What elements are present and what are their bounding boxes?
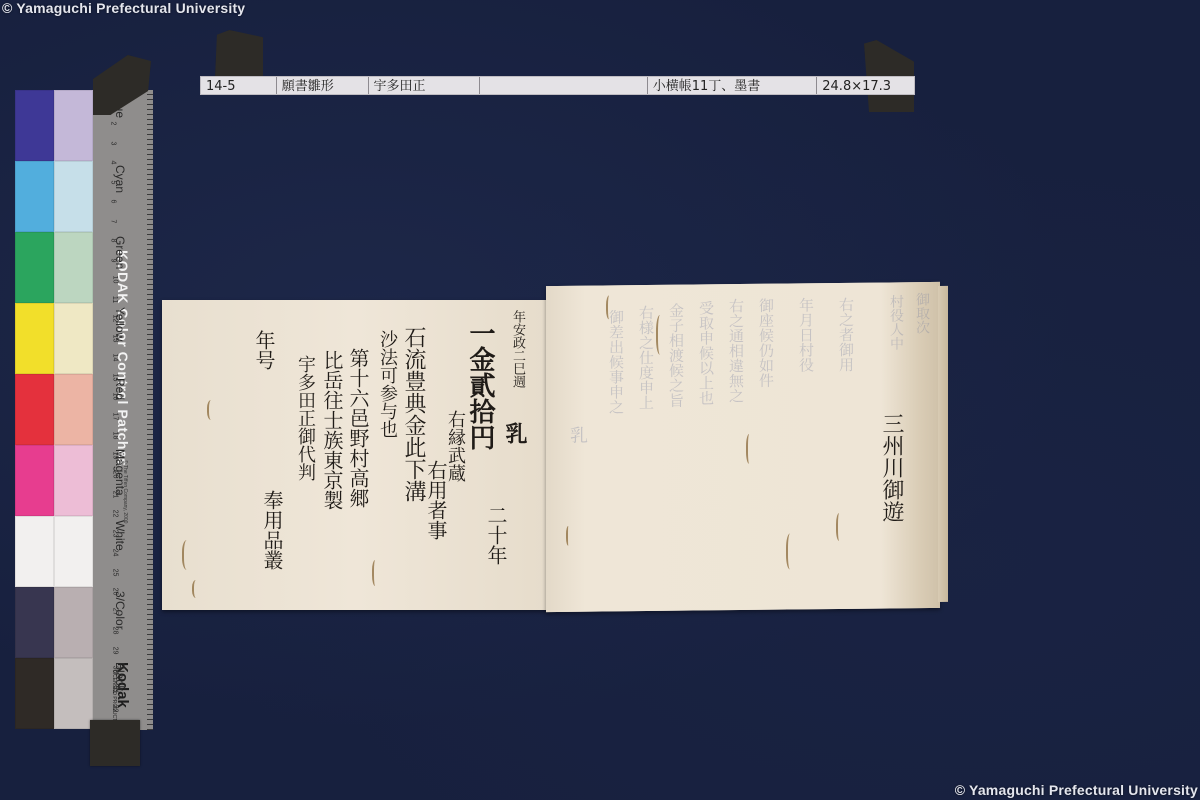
color-patch (54, 232, 93, 303)
patch-label: Red (113, 378, 127, 400)
kodak-ruler: 2345678910111213141516171819202122232425… (93, 90, 153, 730)
bleed-through-text: 受取申候以上也 (696, 300, 717, 405)
label-cell (480, 77, 648, 94)
card-title: KODAK Color Control Patches (115, 250, 131, 467)
color-patch (15, 587, 54, 658)
color-patch (15, 374, 54, 445)
handwritten-column: 沙法可参与也 (374, 330, 400, 438)
patch-label: White (113, 520, 127, 551)
cm-tick-label: 29 (111, 646, 118, 654)
color-patch (15, 161, 54, 232)
label-cell: 24.8×17.3 (817, 77, 914, 94)
tape-ruler-bottom (90, 720, 140, 766)
label-cell: 小横帳11丁、墨書 (648, 77, 818, 94)
color-patch (54, 658, 93, 729)
color-patch (15, 303, 54, 374)
bleed-through-text: 村役人中 (886, 294, 906, 350)
color-control-patches (15, 90, 93, 730)
bleed-through-text: 右之者御用 (836, 297, 857, 372)
patch-row-black (15, 658, 93, 729)
document-right-page: 乳御差出候事申之右様之仕度申上金子相渡候之旨受取申候以上也右之通相違無之御座候仍… (546, 282, 940, 612)
color-patch (54, 161, 93, 232)
color-patch (54, 303, 93, 374)
tape-top-left (215, 30, 263, 78)
catalog-label-strip: 14-5願書雛形宇多田正小横帳11丁、墨書24.8×17.3 (200, 76, 915, 95)
patch-row-3-color (15, 587, 93, 658)
handwritten-column: 奉用品叢 (258, 490, 287, 570)
handwritten-column: 乳 (500, 422, 531, 444)
paper-damage-mark (372, 560, 380, 586)
color-patch (15, 90, 54, 161)
patch-row-magenta (15, 445, 93, 516)
bleed-through-text: 右之通相違無之 (726, 298, 747, 403)
color-patch (15, 658, 54, 729)
color-patch (15, 516, 54, 587)
inch-ticks (139, 90, 153, 730)
patch-row-cyan (15, 161, 93, 232)
paper-damage-mark (606, 295, 614, 319)
handwritten-column: 年号 (250, 330, 279, 370)
paper-damage-mark (207, 400, 217, 420)
handwritten-column: 宇多田正御代判 (292, 355, 318, 481)
patch-label: Black (113, 662, 127, 691)
patch-label: Magenta (113, 449, 127, 496)
cm-tick-label: 2 (109, 122, 116, 126)
handwritten-column: 石流豊典金此下溝 (398, 326, 429, 502)
bleed-through-text: 年月日村役 (796, 297, 817, 372)
paper-damage-mark (566, 526, 572, 546)
patch-row-blue (15, 90, 93, 161)
label-cell: 宇多田正 (369, 77, 481, 94)
color-patch (54, 516, 93, 587)
patch-label: 3/Color (113, 591, 127, 630)
patch-row-yellow (15, 303, 93, 374)
handwritten-column: 年安政二巳週 (508, 310, 527, 388)
patch-label: Yellow (113, 307, 127, 341)
handwritten-column: 第十六邑野村高郷 (344, 348, 373, 508)
bleed-through-text: 御座候仍如件 (756, 298, 777, 388)
cm-tick-label: 3 (109, 141, 116, 145)
handwritten-column: 比岳往士族東京製 (318, 350, 347, 510)
color-patch (54, 374, 93, 445)
patch-label: Green (113, 236, 127, 269)
handwritten-column: 三州川御遊 (876, 412, 907, 522)
patch-row-green (15, 232, 93, 303)
paper-damage-mark (192, 580, 202, 598)
paper-damage-mark (836, 513, 844, 541)
label-cell: 14-5 (201, 77, 277, 94)
color-patch (54, 445, 93, 516)
paper-damage-mark (746, 434, 754, 464)
page-stack-edge (938, 286, 948, 602)
paper-damage-mark (786, 533, 796, 569)
bleed-through-text: 金子相渡候之旨 (666, 303, 687, 408)
cm-tick-label: 25 (111, 568, 118, 576)
color-patch (54, 587, 93, 658)
copyright-watermark-top: © Yamaguchi Prefectural University (2, 0, 245, 16)
patch-row-red (15, 374, 93, 445)
patch-label: Cyan (113, 165, 127, 193)
color-patch (54, 90, 93, 161)
copyright-watermark-bottom: © Yamaguchi Prefectural University (955, 782, 1198, 798)
cm-tick-label: 22 (111, 510, 118, 518)
paper-damage-mark (656, 315, 666, 355)
bleed-through-text: 御取次 (912, 292, 932, 334)
color-patch (15, 232, 54, 303)
bleed-through-text: 御差出候事申之 (606, 309, 627, 414)
cm-tick-label: 7 (109, 219, 116, 223)
cm-tick-label: 6 (109, 200, 116, 204)
bleed-through-text: 右様之仕度申上 (636, 305, 657, 410)
patch-row-white (15, 516, 93, 587)
label-cell: 願書雛形 (277, 77, 369, 94)
cm-tick-label: 4 (109, 161, 116, 165)
color-patch (15, 445, 54, 516)
document-left-page: 年安政二巳週一金貳拾円乳右縁武蔵二十年右用者事石流豊典金此下溝沙法可参与也第十六… (162, 300, 550, 610)
handwritten-column: 二十年 (482, 505, 511, 565)
paper-damage-mark (182, 540, 194, 570)
bleed-through-text: 乳 (564, 426, 590, 444)
